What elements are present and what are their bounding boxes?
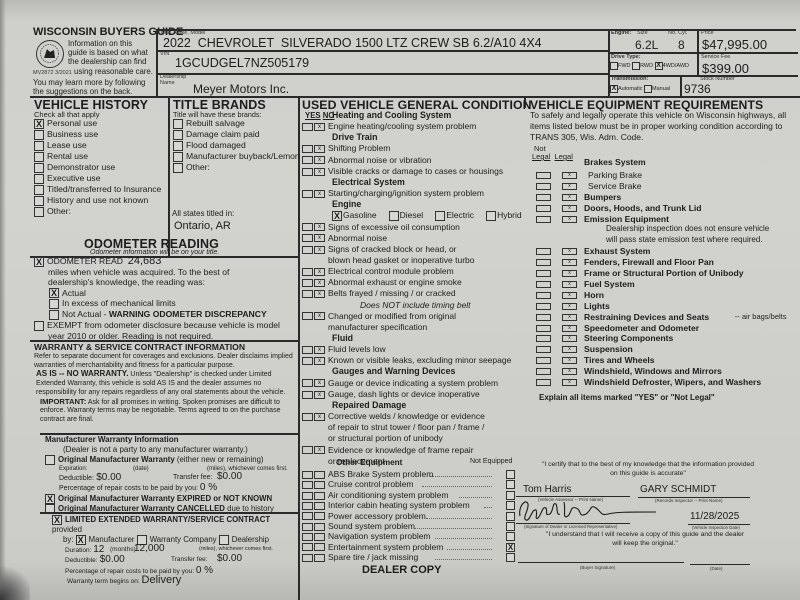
not-equipped-checkbox[interactable]: [506, 553, 515, 562]
mfr-warranty-title: Manufacturer Warranty Information: [45, 435, 179, 444]
ext-pct-field[interactable]: 0 %: [196, 565, 213, 576]
dealer-label: Dealership Name: [160, 74, 182, 86]
states-titled-label: All states titled in:: [172, 209, 234, 218]
certify-statement-1: "I certify that to the best of my knowle…: [518, 460, 778, 469]
odometer-excess-checkbox[interactable]: In excess of mechanical limits: [34, 298, 280, 309]
as-is-statement: AS IS -- NO WARRANTY. Unless "Dealership…: [34, 370, 296, 397]
buyer-signature-label: (Buyer Signature): [580, 565, 615, 570]
legal-checkbox[interactable]: x: [562, 194, 577, 201]
cyl-label: No. Cyl.: [668, 30, 688, 36]
not-legal-checkbox[interactable]: [536, 172, 551, 179]
timing-belt-note: Does NOT include timing belt: [302, 300, 471, 311]
yes-no-checkbox-pair[interactable]: [302, 512, 326, 520]
yes-no-checkbox-pair[interactable]: x: [302, 234, 326, 242]
ext-miles-field[interactable]: 12,000: [134, 544, 165, 554]
other-equipment-item[interactable]: Entertainment system problem: [302, 542, 522, 552]
other-equipment-item[interactable]: Power accessory problem: [302, 511, 522, 521]
condition-item-continued: blown head gasket or inoperative turbo: [302, 255, 474, 266]
fuel-hybrid-checkbox[interactable]: Hybrid: [486, 210, 522, 220]
legal-checkbox[interactable]: x: [562, 379, 577, 386]
not-legal-checkbox[interactable]: [536, 346, 551, 353]
history-executive-use[interactable]: Executive use: [34, 173, 161, 184]
yes-no-checkbox-pair[interactable]: x: [302, 379, 326, 387]
odometer-actual-checkbox[interactable]: Actual: [34, 288, 280, 299]
orig-mfr-warranty-checkbox[interactable]: Original Manufacturer Warranty (either n…: [45, 455, 300, 465]
intro-line-1: Information on this: [68, 39, 148, 48]
brakes-system-heading: Brakes System: [584, 157, 646, 168]
legal-checkbox[interactable]: x: [562, 183, 577, 190]
stock-number-field[interactable]: 9736: [684, 82, 711, 96]
history-other[interactable]: Other:: [34, 206, 161, 217]
equipment-item[interactable]: xExhaust System: [524, 246, 800, 257]
condition-item[interactable]: xElectrical control module problem: [302, 266, 454, 277]
trans-manual-checkbox[interactable]: Manual: [644, 86, 670, 92]
not-legal-checkbox[interactable]: [536, 270, 551, 277]
not-legal-checkbox[interactable]: [536, 259, 551, 266]
equipment-item[interactable]: xWindshield, Windows and Mirrors: [524, 366, 800, 377]
yes-no-checkbox-pair[interactable]: [302, 543, 326, 551]
yes-no-checkbox-pair[interactable]: x: [302, 156, 326, 164]
history-rental-use[interactable]: Rental use: [34, 151, 161, 162]
equipment-item[interactable]: xBumpers: [524, 192, 800, 203]
not-legal-checkbox[interactable]: [536, 248, 551, 255]
condition-item[interactable]: xVisible cracks or damage to cases or ho…: [302, 166, 503, 177]
condition-section-heading: Electrical System: [302, 177, 405, 188]
not-legal-checkbox[interactable]: [536, 292, 551, 299]
yes-no-checkbox-pair[interactable]: x: [302, 268, 326, 276]
yes-no-checkbox-pair[interactable]: x: [302, 413, 326, 421]
yes-no-checkbox-pair[interactable]: x: [302, 246, 326, 254]
odometer-desc-2: dealership's knowledge, the reading was:: [34, 277, 280, 288]
not-legal-checkbox[interactable]: [536, 205, 551, 212]
not-equipped-checkbox[interactable]: [506, 480, 515, 489]
condition-section-heading: Fluid: [302, 333, 353, 344]
condition-item[interactable]: xAbnormal exhaust or engine smoke: [302, 277, 462, 288]
dealer-signature[interactable]: [516, 496, 666, 526]
condition-item-continued: or structural portion of unibody: [302, 433, 443, 444]
explain-note: Explain all items marked "YES" or "Not L…: [539, 393, 715, 402]
odometer-exempt-2: year 2010 or older. Reading is not requi…: [34, 331, 280, 342]
not-equipped-checkbox[interactable]: [506, 470, 515, 479]
equipment-item[interactable]: xDoors, Hoods, and Trunk Lid: [524, 203, 800, 214]
condition-item[interactable]: xBelts frayed / missing / or cracked: [302, 288, 456, 299]
equipment-item[interactable]: xRestraining Devices and Seats -- air ba…: [524, 312, 800, 323]
condition-item-continued: of repair to strut tower / floor pan / f…: [302, 422, 484, 433]
not-equipped-checkbox[interactable]: [506, 522, 515, 531]
condition-item[interactable]: xEngine heating/cooling system problem: [302, 121, 476, 132]
drive-4wd-checkbox[interactable]: 4WD/AWD: [655, 63, 689, 69]
condition-item[interactable]: xGauge or device indicating a system pro…: [302, 378, 498, 389]
not-legal-checkbox[interactable]: [536, 379, 551, 386]
buyer-signature-line[interactable]: [518, 562, 684, 563]
condition-item[interactable]: xAbnormal noise or vibration: [302, 155, 431, 166]
equipment-item[interactable]: xFrame or Structural Portion of Unibody: [524, 268, 800, 279]
yes-no-checkbox-pair[interactable]: x: [302, 290, 326, 298]
not-legal-checkbox[interactable]: [536, 194, 551, 201]
legal-checkbox[interactable]: x: [562, 270, 577, 277]
equipment-item[interactable]: xLights: [524, 301, 800, 312]
yes-no-checkbox-pair[interactable]: [302, 481, 326, 489]
yes-no-checkbox-pair[interactable]: x: [302, 391, 326, 399]
legal-checkbox[interactable]: x: [562, 357, 577, 364]
equipment-item[interactable]: xHorn: [524, 290, 800, 301]
trans-automatic-checkbox[interactable]: Automatic: [610, 86, 642, 92]
not-legal-checkbox[interactable]: [536, 303, 551, 310]
legal-checkbox[interactable]: x: [562, 346, 577, 353]
engine-label: Engine:: [611, 30, 631, 36]
condition-section-heading: Engine: [302, 199, 361, 210]
understand-statement-1: "I understand that I will receive a copy…: [515, 530, 775, 539]
warranty-disclaimer: Refer to separate document for coverages…: [34, 353, 296, 370]
size-label: Size: [637, 30, 648, 36]
equipment-description: To safely and legally operate this vehic…: [530, 110, 792, 142]
intro-line-3: the dealership can find: [68, 57, 148, 66]
not-legal-checkbox[interactable]: [536, 368, 551, 375]
brand-buyback-lemon[interactable]: Manufacturer buyback/Lemon: [173, 151, 300, 162]
history-business-use[interactable]: Business use: [34, 129, 161, 140]
yes-no-checkbox-pair[interactable]: x: [302, 312, 326, 320]
equipment-item[interactable]: xService Brake: [524, 181, 800, 192]
engine-size-field[interactable]: 6.2L: [635, 38, 658, 52]
yes-no-checkbox-pair[interactable]: [302, 471, 326, 479]
odometer-not-actual-checkbox[interactable]: Not Actual - WARNING ODOMETER DISCREPANC…: [34, 309, 280, 320]
legal-checkbox[interactable]: x: [562, 314, 577, 321]
legal-checkbox[interactable]: x: [562, 248, 577, 255]
condition-item-continued: manufacturer specification: [302, 322, 427, 333]
condition-section-heading: Gauges and Warning Devices: [302, 366, 455, 377]
brand-damage-claim[interactable]: Damage claim paid: [173, 129, 300, 140]
yes-no-checkbox-pair[interactable]: x: [302, 357, 326, 365]
equipment-item[interactable]: xSpeedometer and Odometer: [524, 323, 800, 334]
transmission-label: Transmission:: [611, 76, 648, 82]
intro2-line-2: You may learn more by following: [33, 78, 153, 87]
price-field[interactable]: $47,995.00: [702, 37, 767, 52]
not-legal-checkbox[interactable]: [536, 183, 551, 190]
fuel-gasoline-checkbox[interactable]: Gasoline: [332, 210, 377, 220]
year-make-model-field[interactable]: 2022 CHEVROLET SILVERADO 1500 LTZ CREW S…: [163, 36, 542, 50]
yes-no-checkbox-pair[interactable]: x: [302, 279, 326, 287]
condition-section-heading: Drive Train: [302, 132, 377, 143]
wisconsin-seal-icon: [36, 40, 64, 68]
yes-no-checkbox-pair[interactable]: [302, 533, 326, 541]
history-not-known[interactable]: History and use not known: [34, 195, 161, 206]
not-equipped-checkbox[interactable]: [506, 501, 515, 510]
not-equipped-checkbox[interactable]: [506, 532, 515, 541]
condition-item[interactable]: xAbnormal noise: [302, 233, 387, 244]
assessor-name-field[interactable]: Tom Harris: [523, 484, 571, 495]
yes-no-checkbox-pair[interactable]: x: [302, 168, 326, 176]
yes-no-checkbox-pair[interactable]: x: [302, 446, 326, 454]
history-lease-use[interactable]: Lease use: [34, 140, 161, 151]
inspector-name-field[interactable]: GARY SCHMIDT: [640, 484, 716, 495]
states-titled-field[interactable]: Ontario, AR: [174, 220, 231, 232]
fuel-type-group: GasolineDieselElectricHybrid: [302, 210, 534, 221]
equipment-item[interactable]: xWindshield Defroster, Wipers, and Washe…: [524, 377, 800, 388]
other-equipment-item[interactable]: ABS Brake System problem: [302, 469, 522, 479]
yes-no-checkbox-pair[interactable]: x: [302, 145, 326, 153]
equipment-item[interactable]: xFenders, Firewall and Floor Pan: [524, 257, 800, 268]
title-brands-list: Rebuilt salvage Damage claim paid Flood …: [173, 118, 300, 173]
legal-checkbox[interactable]: x: [562, 281, 577, 288]
history-personal-use[interactable]: Personal use: [34, 118, 161, 129]
condition-section-heading: Heating and Cooling System: [324, 110, 451, 121]
not-legal-checkbox[interactable]: [536, 335, 551, 342]
mfr-warranty-note: (Dealer is not a party to any manufactur…: [63, 445, 248, 454]
legal-checkbox[interactable]: x: [562, 216, 577, 223]
important-statement: IMPORTANT: Ask for all promises in writi…: [34, 398, 296, 425]
warranty-begins-field[interactable]: Delivery: [142, 574, 182, 586]
condition-item[interactable]: xShifting Problem: [302, 143, 390, 154]
drive-fwd-checkbox[interactable]: FWD: [610, 63, 631, 69]
provider-manufacturer-checkbox[interactable]: Manufacturer: [76, 535, 135, 544]
other-equipment-list: ABS Brake System problemCruise control p…: [302, 469, 522, 563]
condition-item[interactable]: xCorrective welds / knowledge or evidenc…: [302, 411, 485, 422]
condition-item[interactable]: xFluid levels low: [302, 344, 386, 355]
other-equipment-title: Other Equipment: [336, 458, 402, 467]
yes-column-label: YES: [305, 111, 321, 120]
yes-no-checkbox-pair[interactable]: x: [302, 346, 326, 354]
not-legal-checkbox[interactable]: [536, 216, 551, 223]
other-equipment-item[interactable]: Cruise control problem: [302, 479, 522, 489]
yes-no-checkbox-pair[interactable]: x: [302, 123, 326, 131]
condition-item[interactable]: xEvidence or knowledge of frame repair: [302, 445, 474, 456]
legal-checkbox[interactable]: x: [562, 335, 577, 342]
fuel-electric-checkbox[interactable]: Electric: [435, 210, 474, 220]
not-legal-checkbox[interactable]: [536, 325, 551, 332]
dealer-signature-label: (Signature of Dealer or Licensed Represe…: [524, 524, 617, 529]
not-legal-checkbox[interactable]: [536, 281, 551, 288]
yes-no-checkbox-pair[interactable]: [302, 554, 326, 562]
yes-no-checkbox-pair[interactable]: x: [302, 190, 326, 198]
not-legal-label: Legal: [532, 152, 550, 161]
buyer-date-label: (Date): [710, 566, 723, 571]
equipment-item[interactable]: xSuspension: [524, 344, 800, 355]
buyer-date-line[interactable]: [690, 564, 750, 565]
mfr-deductible-field[interactable]: $0.00: [96, 472, 121, 483]
form-code: MV2872 3/2021: [33, 70, 72, 76]
intro2-line-1: using reasonable care.: [74, 67, 153, 76]
drive-rwd-checkbox[interactable]: RWD: [632, 63, 653, 69]
not-legal-checkbox[interactable]: [536, 314, 551, 321]
vin-field[interactable]: 1GCUDGEL7NZ505179: [175, 56, 309, 70]
legal-checkbox[interactable]: x: [562, 368, 577, 375]
condition-item[interactable]: xStarting/charging/ignition system probl…: [302, 188, 484, 199]
dealer-copy-label: DEALER COPY: [362, 564, 441, 576]
yes-no-checkbox-pair[interactable]: [302, 502, 326, 510]
other-equipment-item[interactable]: Air conditioning system problem: [302, 490, 522, 500]
yes-no-checkbox-pair[interactable]: [302, 523, 326, 531]
other-equipment-item[interactable]: Navigation system problem: [302, 531, 522, 541]
not-equipped-checkbox[interactable]: [506, 491, 515, 500]
odometer-value-field[interactable]: 24,683: [128, 255, 162, 267]
legal-checkbox[interactable]: x: [562, 325, 577, 332]
limited-extended-warranty-checkbox[interactable]: LIMITED EXTENDED WARRANTY/SERVICE CONTRA…: [52, 515, 302, 535]
emission-note: Dealership inspection does not ensure ve…: [606, 224, 769, 235]
other-equipment-item[interactable]: Spare tire / jack missing: [302, 552, 522, 562]
legal-checkbox[interactable]: x: [562, 259, 577, 266]
condition-section-heading: Repaired Damage: [302, 400, 406, 411]
intro-line-2: guide is based on what: [68, 48, 148, 57]
price-label: Price: [701, 30, 714, 36]
not-equipped-checkbox[interactable]: [506, 512, 515, 521]
provider-dealership-checkbox[interactable]: Dealership: [219, 535, 269, 544]
legal-checkbox[interactable]: x: [562, 292, 577, 299]
not-equipped-checkbox[interactable]: [506, 543, 515, 552]
warranty-title: WARRANTY & SERVICE CONTRACT INFORMATION: [34, 342, 245, 352]
dealership-name-field[interactable]: Meyer Motors Inc.: [193, 82, 289, 96]
certify-statement-2: on this guide is accurate": [518, 469, 778, 478]
ext-deductible-field[interactable]: $0.00: [100, 554, 125, 565]
condition-item[interactable]: xSigns of cracked block or head, or: [302, 244, 457, 255]
brand-flood-damaged[interactable]: Flood damaged: [173, 140, 300, 151]
mfr-pct-field[interactable]: 0 %: [200, 482, 217, 493]
understand-statement-2: will keep the original.": [515, 539, 775, 548]
condition-item[interactable]: xKnown or visible leaks, excluding minor…: [302, 355, 511, 366]
ext-duration-field[interactable]: 12: [93, 544, 104, 555]
service-fee-label: Service Fee: [701, 54, 730, 60]
service-fee-field[interactable]: $399.00: [702, 61, 749, 76]
drive-type-label: Drive Type:: [611, 54, 641, 60]
yes-no-checkbox-pair[interactable]: [302, 492, 326, 500]
legal-checkbox[interactable]: x: [562, 303, 577, 310]
condition-item[interactable]: xSigns of excessive oil consumption: [302, 222, 460, 233]
history-insurance[interactable]: Titled/transferred to Insurance: [34, 184, 161, 195]
equipment-item[interactable]: xParking Brake: [524, 170, 800, 181]
emission-note: will pass state emission test where requ…: [606, 235, 763, 246]
vehicle-history-list: Personal use Business use Lease use Rent…: [34, 118, 161, 217]
not-legal-checkbox[interactable]: [536, 357, 551, 364]
other-equipment-item[interactable]: Interior cabin heating system problem: [302, 500, 522, 510]
mfr-transfer-fee-field[interactable]: $0.00: [217, 472, 242, 481]
other-equipment-item[interactable]: Sound system problem: [302, 521, 522, 531]
intro2-line-3: the suggestions on the back.: [33, 87, 153, 96]
yes-no-checkbox-pair[interactable]: x: [302, 223, 326, 231]
condition-item[interactable]: xGauge, dash lights or device inoperativ…: [302, 389, 480, 400]
brand-other[interactable]: Other:: [173, 162, 300, 173]
legal-checkbox[interactable]: x: [562, 172, 577, 179]
equipment-item[interactable]: xFuel System: [524, 279, 800, 290]
equipment-item[interactable]: xSteering Components: [524, 333, 800, 344]
not-equipped-label: Not Equipped: [470, 458, 512, 465]
ext-transfer-fee-field[interactable]: $0.00: [217, 554, 242, 564]
odometer-exempt-checkbox[interactable]: EXEMPT from odometer disclosure because …: [34, 320, 280, 331]
condition-item[interactable]: xChanged or modified from original: [302, 311, 456, 322]
brand-rebuilt-salvage[interactable]: Rebuilt salvage: [173, 118, 300, 129]
odometer-read-checkbox[interactable]: ODOMETER READ 24,683: [34, 256, 280, 267]
equipment-item[interactable]: xTires and Wheels: [524, 355, 800, 366]
cylinders-field[interactable]: 8: [678, 38, 685, 52]
fuel-diesel-checkbox[interactable]: Diesel: [389, 210, 424, 220]
legal-label: Legal: [555, 152, 573, 161]
inspection-date-field[interactable]: 11/28/2025: [690, 511, 739, 522]
odometer-desc-1: miles when vehicle was acquired. To the …: [34, 267, 280, 278]
vin-label: VIN: [160, 51, 169, 57]
equipment-item[interactable]: xEmission Equipment: [524, 214, 800, 225]
mfr-expired-checkbox[interactable]: Original Manufacturer Warranty EXPIRED o…: [45, 494, 300, 504]
legal-checkbox[interactable]: x: [562, 205, 577, 212]
history-demonstrator-use[interactable]: Demonstrator use: [34, 162, 161, 173]
